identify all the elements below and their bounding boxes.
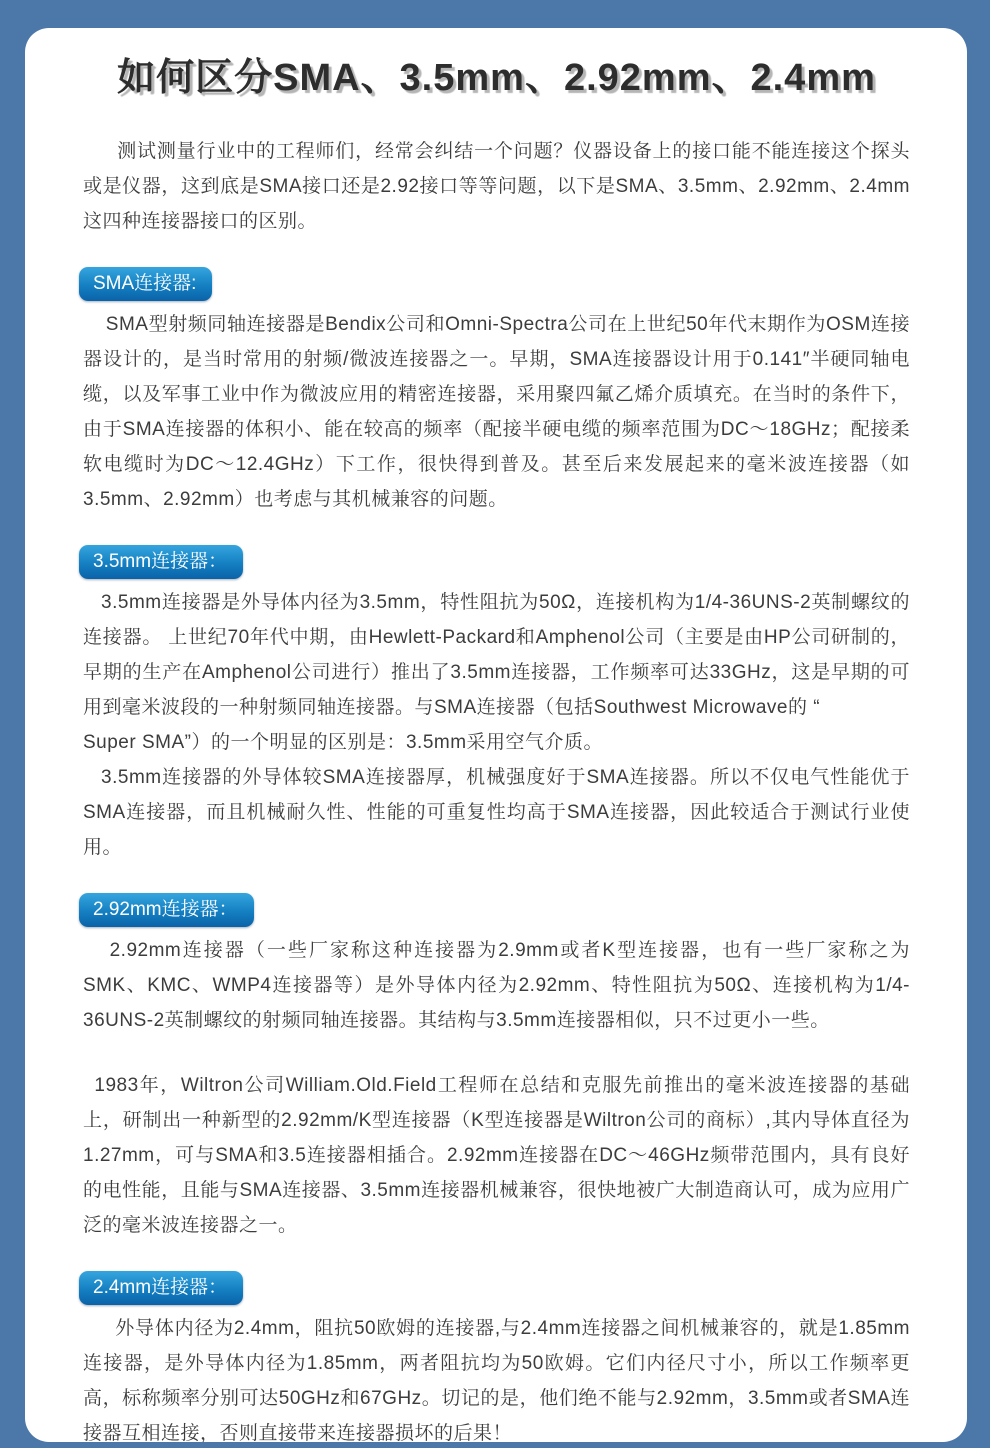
section-2-4mm: 2.4mm连接器： 外导体内径为2.4mm，阻抗50欧姆的连接器,与2.4mm连…	[83, 1243, 910, 1442]
article-card: 如何区分SMA、3.5mm、2.92mm、2.4mm 测试测量行业中的工程师们，…	[25, 28, 967, 1442]
section-badge-2-4mm: 2.4mm连接器：	[79, 1271, 243, 1305]
2-92mm-paragraph-1: 2.92mm连接器（一些厂家称这种连接器为2.9mm或者K型连接器，也有一些厂家…	[83, 933, 910, 1038]
2-4mm-paragraph-1: 外导体内径为2.4mm，阻抗50欧姆的连接器,与2.4mm连接器之间机械兼容的，…	[83, 1311, 910, 1442]
2-92mm-paragraph-2: 1983年，Wiltron公司William.Old.Field工程师在总结和克…	[83, 1068, 910, 1243]
section-badge-2-92mm: 2.92mm连接器：	[79, 893, 254, 927]
3-5mm-paragraph-1: 3.5mm连接器是外导体内径为3.5mm，特性阻抗为50Ω，连接机构为1/4-3…	[83, 585, 910, 760]
3-5mm-paragraph-2: 3.5mm连接器的外导体较SMA连接器厚，机械强度好于SMA连接器。所以不仅电气…	[83, 760, 910, 865]
intro-paragraph: 测试测量行业中的工程师们，经常会纠结一个问题？仪器设备上的接口能不能连接这个探头…	[83, 134, 910, 239]
section-3-5mm: 3.5mm连接器： 3.5mm连接器是外导体内径为3.5mm，特性阻抗为50Ω，…	[83, 517, 910, 865]
sma-paragraph-1: SMA型射频同轴连接器是Bendix公司和Omni-Spectra公司在上世纪5…	[83, 307, 910, 517]
article-title: 如何区分SMA、3.5mm、2.92mm、2.4mm	[83, 52, 910, 104]
section-2-92mm: 2.92mm连接器： 2.92mm连接器（一些厂家称这种连接器为2.9mm或者K…	[83, 865, 910, 1243]
page-background: 如何区分SMA、3.5mm、2.92mm、2.4mm 测试测量行业中的工程师们，…	[0, 0, 990, 1448]
section-badge-sma: SMA连接器:	[79, 267, 212, 301]
section-badge-3-5mm: 3.5mm连接器：	[79, 545, 243, 579]
section-sma: SMA连接器: SMA型射频同轴连接器是Bendix公司和Omni-Spectr…	[83, 239, 910, 517]
